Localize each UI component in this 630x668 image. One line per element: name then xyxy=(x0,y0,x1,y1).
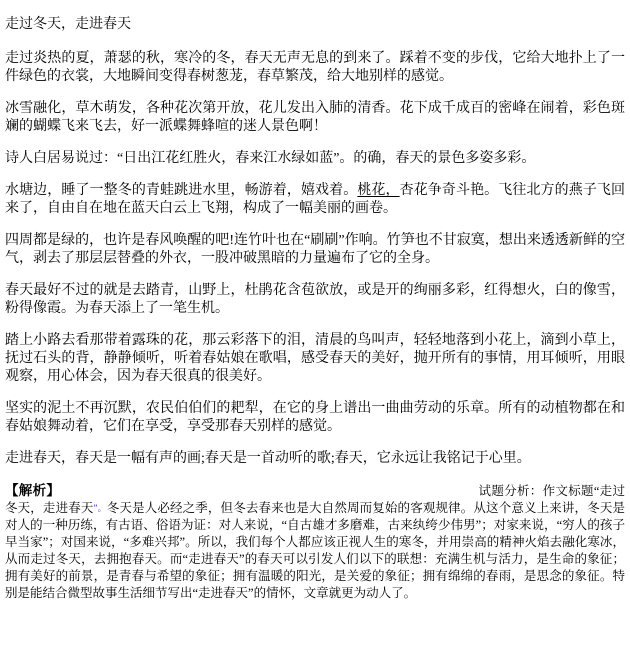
document-page: 走过冬天，走进春天 走过炎热的夏，萧瑟的秋，寒冷的冬，春天无声无息的到来了。踩着… xyxy=(0,0,630,668)
analysis-body: 冬天是人必经之季，但冬去春来也是大自然周而复始的客观规律。从这个意义上来讲，冬天… xyxy=(5,501,625,600)
essay-paragraph-1: 走过炎热的夏，萧瑟的秋，寒冷的冬，春天无声无息的到来了。踩着不变的步伐，它给大地… xyxy=(5,50,625,86)
essay-paragraph-4: 水塘边，睡了一整冬的青蛙跳进水里，畅游着，嬉戏着。桃花，杏花争奇斗艳。飞往北方的… xyxy=(5,182,625,218)
essay-paragraph-6: 春天最好不过的就是去踏青，山野上，杜鹃花含苞欲放，或是开的绚丽多彩，红得想火，白… xyxy=(5,282,625,318)
paragraph-text-before: 水塘边，睡了一整冬的青蛙跳进水里，畅游着，嬉戏着。 xyxy=(5,183,357,198)
underlined-text: 桃花， xyxy=(357,183,399,198)
essay-paragraph-2: 冰雪融化，草木萌发，各种花次第开放，花儿发出入肺的清香。花下成千成百的密峰在闹着… xyxy=(5,100,625,136)
analysis-spacer xyxy=(60,494,478,495)
essay-paragraph-7: 踏上小路去看那带着露珠的花，那云彩落下的泪，清晨的鸟叫声，轻轻地落到小花上，滴到… xyxy=(5,332,625,386)
blue-quote-mark: ”。 xyxy=(94,503,107,513)
essay-title: 走过冬天，走进春天 xyxy=(5,16,625,34)
analysis-section: 【解析】试题分析：作文标题“走过冬天，走进春天”。冬天是人必经之季，但冬去春来也… xyxy=(5,482,625,602)
analysis-label: 【解析】 xyxy=(5,483,60,498)
essay-paragraph-9: 走进春天，春天是一幅有声的画;春天是一首动听的歌;春天，它永远让我铭记于心里。 xyxy=(5,450,625,468)
essay-paragraph-8: 坚实的泥土不再沉默，农民伯伯们的耙犁，在它的身上谱出一曲曲劳动的乐章。所有的动植… xyxy=(5,400,625,436)
essay-paragraph-3: 诗人白居易说过：“日出江花红胜火，春来江水绿如蓝”。的确，春天的景色多姿多彩。 xyxy=(5,150,625,168)
essay-paragraph-5: 四周都是绿的，也许是春风唤醒的吧!连竹叶也在“刷刷”作响。竹笋也不甘寂寞，想出来… xyxy=(5,232,625,268)
